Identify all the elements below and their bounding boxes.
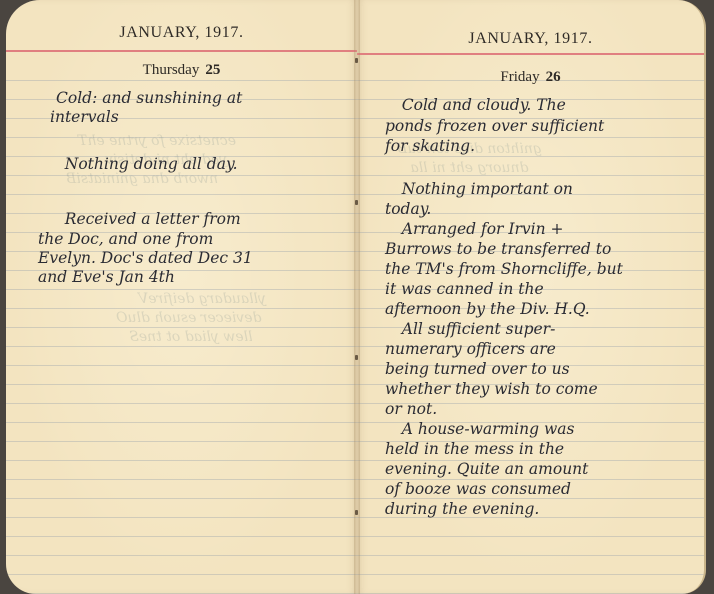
diary-entry-line: A house-warming was <box>387 420 574 439</box>
diary-entry-line: Burrows to be transferred to <box>385 240 611 259</box>
diary-entry-line: whether they wish to come <box>385 380 598 399</box>
diary-entry-line: ponds frozen over sufficient <box>385 117 604 136</box>
binding-stitch <box>355 355 358 360</box>
right-page: JANUARY, 1917. Friday26 gnihton dias ton… <box>357 0 706 594</box>
diary-entry-line: during the evening. <box>385 500 539 519</box>
month-header: JANUARY, 1917. <box>357 30 704 48</box>
diary-entry-line: held in the mess in the <box>385 440 564 459</box>
day-number: 25 <box>205 62 220 78</box>
diary-entry-line: the TM's from Shorncliffe, but <box>385 260 623 279</box>
diary-entry-line: Received a letter from <box>50 210 241 229</box>
month-header: JANUARY, 1917. <box>6 24 357 42</box>
diary-entry-line: Evelyn. Doc's dated Dec 31 <box>38 249 253 268</box>
diary-entry-line: Nothing important on <box>387 180 573 199</box>
diary-entry-line: Arranged for Irvin + <box>387 220 564 239</box>
diary-entry-line: today. <box>385 200 431 219</box>
day-name: Thursday <box>143 62 200 78</box>
diary-entry-line: being turned over to us <box>385 360 570 379</box>
day-heading: Friday26 <box>357 69 704 86</box>
diary-entry-line: Nothing doing all day. <box>50 155 238 174</box>
diary-entry-line: afternoon by the Div. H.Q. <box>385 300 590 319</box>
book-gutter <box>354 0 360 594</box>
diary-entry-line: numerary officers are <box>385 340 556 359</box>
day-heading: Thursday25 <box>6 62 357 79</box>
day-name: Friday <box>500 69 539 85</box>
ink-bleed-through: yllaudarg deifireV deviecer esuoh dluO l… <box>116 290 266 347</box>
red-header-rule <box>357 53 704 55</box>
diary-entry-line: All sufficient super- <box>387 320 555 339</box>
binding-stitch <box>355 510 358 515</box>
diary-entry-line: it was canned in the <box>385 280 544 299</box>
binding-stitch <box>355 200 358 205</box>
diary-entry-line: of booze was consumed <box>385 480 571 499</box>
diary-entry-line: Cold: and sunshining at <box>56 89 242 108</box>
binding-stitch <box>355 58 358 63</box>
diary-entry-line: Cold and cloudy. The <box>387 96 566 115</box>
diary-entry-line: or not. <box>385 400 437 419</box>
day-number: 26 <box>546 69 561 85</box>
diary-entry-line: intervals <box>50 108 119 127</box>
diary-entry-line: evening. Quite an amount <box>385 460 588 479</box>
left-page: JANUARY, 1917. Thursday25 ecnetsixe fo y… <box>6 0 357 594</box>
diary-spread: JANUARY, 1917. Thursday25 ecnetsixe fo y… <box>0 0 714 594</box>
red-header-rule <box>6 50 357 52</box>
diary-entry-line: for skating. <box>385 137 475 156</box>
diary-entry-line: the Doc, and one from <box>38 230 213 249</box>
diary-entry-line: and Eve's Jan 4th <box>38 268 175 287</box>
